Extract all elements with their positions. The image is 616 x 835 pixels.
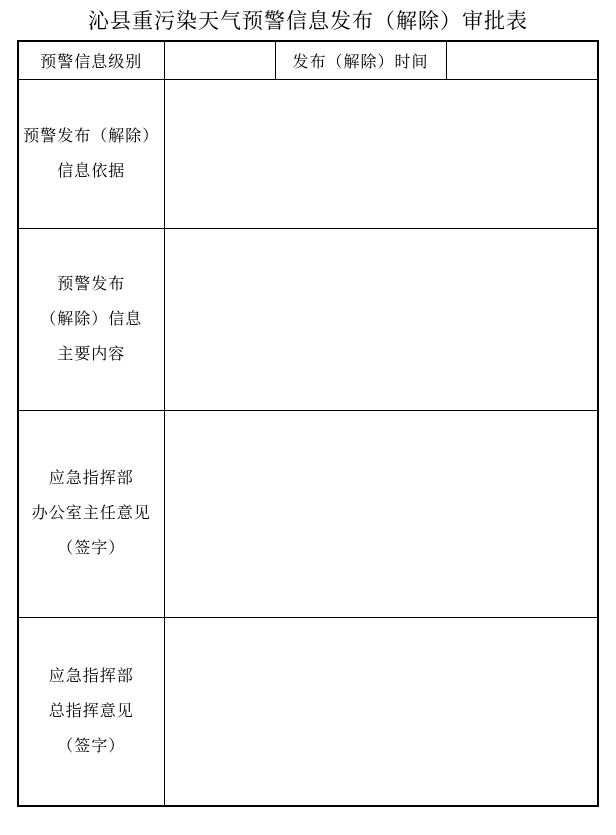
page-title: 沁县重污染天气预警信息发布（解除）审批表	[0, 0, 616, 40]
approval-table: 预警信息级别 发布（解除）时间 预警发布（解除） 信息依据 预警发布 （解除）信…	[17, 40, 599, 807]
chief-commander-opinion-value-cell[interactable]	[164, 617, 598, 806]
office-director-opinion-value-cell[interactable]	[164, 410, 598, 617]
release-time-value-cell[interactable]	[446, 41, 598, 79]
warning-main-content-label-line-1: 预警发布	[19, 267, 164, 302]
warning-basis-label-line-1: 预警发布（解除）	[19, 119, 164, 154]
release-time-label: 发布（解除）时间	[275, 41, 446, 79]
table-row-header: 预警信息级别 发布（解除）时间	[18, 41, 598, 79]
office-director-opinion-label: 应急指挥部 办公室主任意见 （签字）	[18, 410, 164, 617]
office-director-opinion-label-line-3: （签字）	[19, 531, 164, 566]
table-row-warning-basis: 预警发布（解除） 信息依据	[18, 79, 598, 228]
table-row-chief-commander-opinion: 应急指挥部 总指挥意见 （签字）	[18, 617, 598, 806]
chief-commander-opinion-label-line-1: 应急指挥部	[19, 659, 164, 694]
warning-main-content-label: 预警发布 （解除）信息 主要内容	[18, 228, 164, 410]
office-director-opinion-label-line-2: 办公室主任意见	[19, 496, 164, 531]
document-page: 沁县重污染天气预警信息发布（解除）审批表 预警信息级别 发布（解除）时间 预警发…	[0, 0, 616, 835]
warning-level-value-cell[interactable]	[164, 41, 275, 79]
chief-commander-opinion-label: 应急指挥部 总指挥意见 （签字）	[18, 617, 164, 806]
warning-basis-label-line-2: 信息依据	[19, 154, 164, 189]
warning-basis-label: 预警发布（解除） 信息依据	[18, 79, 164, 228]
office-director-opinion-label-line-1: 应急指挥部	[19, 461, 164, 496]
table-row-warning-main-content: 预警发布 （解除）信息 主要内容	[18, 228, 598, 410]
warning-main-content-value-cell[interactable]	[164, 228, 598, 410]
table-row-office-director-opinion: 应急指挥部 办公室主任意见 （签字）	[18, 410, 598, 617]
warning-main-content-label-line-3: 主要内容	[19, 337, 164, 372]
chief-commander-opinion-label-line-2: 总指挥意见	[19, 694, 164, 729]
warning-level-label: 预警信息级别	[18, 41, 164, 79]
chief-commander-opinion-label-line-3: （签字）	[19, 729, 164, 764]
warning-main-content-label-line-2: （解除）信息	[19, 302, 164, 337]
warning-basis-value-cell[interactable]	[164, 79, 598, 228]
